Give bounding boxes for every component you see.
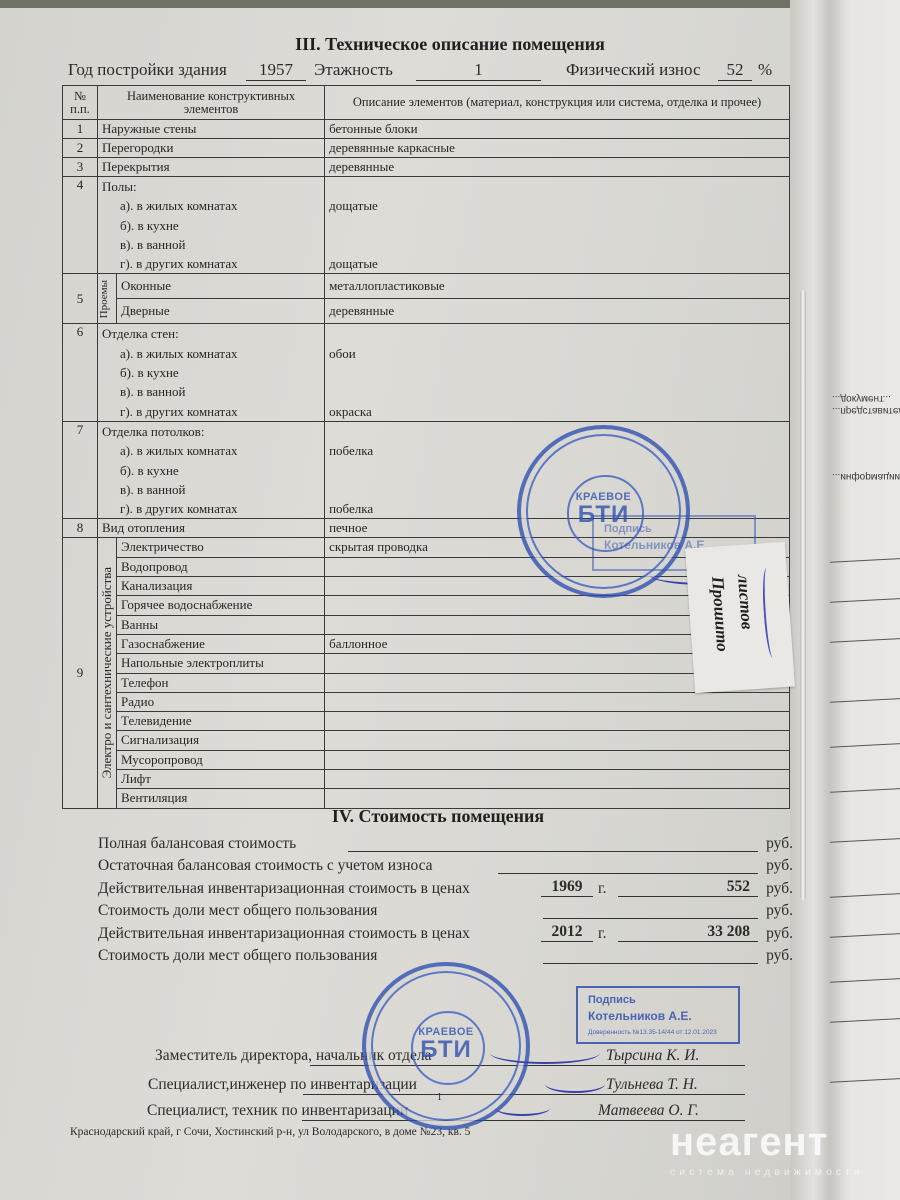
table-row-utility: Напольные электроплиты [63,654,790,673]
currency: руб. [766,835,793,853]
utility-desc [325,692,790,711]
table-row-utility: Сигнализация [63,731,790,750]
row-number: 4 [63,177,98,274]
signature-scribble-1 [490,1042,600,1064]
row-number: 7 [63,421,98,518]
section-3-title: III. Техническое описание помещения [0,34,900,55]
currency: руб. [766,902,793,920]
element-desc: деревянные [325,158,790,177]
floors-value: 1 [416,60,541,81]
table-row-utility: Телефон [63,673,790,692]
currency: руб. [766,947,793,965]
utility-desc [325,770,790,789]
binding-string [800,290,806,900]
sub-label: г). в других комнатах [102,499,320,518]
underlying-document: ...документ... ...представител... ...инф… [828,0,900,1200]
binding-tag: Прошито листов [685,542,795,694]
cost-amount: 552 [618,878,750,896]
group-name: Отделка потолков: [102,422,320,441]
cost-row: Остаточная балансовая стоимость с учетом… [98,855,793,878]
table-row-utility: Мусоропровод [63,750,790,769]
currency: руб. [766,925,793,943]
technical-description-table: № п.п. Наименование конструктивных элеме… [62,85,790,809]
binding-tag-signature [761,568,779,659]
table-row-utility: Ванны [63,615,790,634]
sub-label: г). в других комнатах [102,402,320,421]
element-name: Вид отопления [98,519,325,538]
header-name: Наименование конструктивных элементов [98,86,325,120]
utility-label: Сигнализация [117,731,325,750]
utility-label: Мусоропровод [117,750,325,769]
utility-label: Радио [117,692,325,711]
cost-row: Полная балансовая стоимостьруб. [98,832,793,855]
sub-label: Оконные [117,274,325,299]
cost-amount: 33 208 [618,923,750,941]
row-number: 1 [63,120,98,139]
cost-label: Остаточная балансовая стоимость с учетом… [98,857,433,875]
utility-desc [325,750,790,769]
element-name: Наружные стены [98,120,325,139]
sub-desc [329,216,785,235]
row-number: 8 [63,519,98,538]
sub-label: б). в кухне [102,216,320,235]
utility-label: Ванны [117,615,325,634]
header-desc: Описание элементов (материал, конструкци… [325,86,790,120]
element-name: Перегородки [98,139,325,158]
group-name: Отделка стен: [102,324,320,343]
sub-desc: окраска [329,402,785,421]
element-desc: бетонные блоки [325,120,790,139]
group-label-openings: Проемы [98,280,110,318]
element-desc: деревянные каркасные [325,139,790,158]
row-number: 6 [63,324,98,421]
table-row-utility: Горячее водоснабжение [63,596,790,615]
table-row-utility: Газоснабжениебаллонное [63,634,790,653]
cost-row: Действительная инвентаризационная стоимо… [98,922,793,945]
sub-desc: обои [329,344,785,363]
wear-label: Физический износ [566,60,701,80]
sub-desc [329,363,785,382]
table-row-utility: Телевидение [63,712,790,731]
sub-label: г). в других комнатах [102,254,320,273]
utility-label: Напольные электроплиты [117,654,325,673]
signatory-name: Матвеева О. Г. [598,1102,699,1120]
sub-desc: деревянные [325,299,790,324]
table-row-floors: 4Полы:а). в жилых комнатахб). в кухнев).… [63,177,790,274]
signatory-role: Специалист, техник по инвентаризации [147,1102,408,1120]
table-row: 2Перегородкидеревянные каркасные [63,139,790,158]
year-suffix: г. [598,880,606,898]
build-year-label: Год постройки здания [68,60,227,80]
watermark-logo: неагент [670,1122,864,1162]
row-number: 5 [63,274,98,324]
signatory-name: Тульнева Т. Н. [606,1076,698,1094]
currency: руб. [766,880,793,898]
table-row: 3Перекрытиядеревянные [63,158,790,177]
sub-label: б). в кухне [102,363,320,382]
cost-label: Полная балансовая стоимость [98,835,296,853]
signature-scribble-2 [545,1075,605,1093]
cost-label: Стоимость доли мест общего пользования [98,902,377,920]
sub-label: б). в кухне [102,461,320,480]
binding-tag-text-sheets: листов [733,574,757,630]
table-row-walls_finish: 6Отделка стен:а). в жилых комнатахб). в … [63,324,790,421]
sub-desc: металлопластиковые [325,274,790,299]
table-row-utility: Лифт [63,770,790,789]
utility-label: Телевидение [117,712,325,731]
wear-value: 52 [718,60,752,81]
cost-label: Действительная инвентаризационная стоимо… [98,880,470,898]
cost-year: 2012 [541,923,593,941]
watermark: неагент система недвижимости [670,1122,864,1178]
table-row: 1Наружные стеныбетонные блоки [63,120,790,139]
sub-desc [329,382,785,401]
sub-label: а). в жилых комнатах [102,196,320,215]
utility-label: Горячее водоснабжение [117,596,325,615]
sign-box-attorney: Доверенность №13.35-14/44 от 12.01.2023 [588,1029,728,1036]
cost-section: Полная балансовая стоимостьруб.Остаточна… [98,832,793,967]
header-num: № п.п. [63,86,98,120]
year-suffix: г. [598,925,606,943]
cost-label: Действительная инвентаризационная стоимо… [98,925,470,943]
table-row-openings: 5ПроемыОконныеметаллопластиковые [63,274,790,299]
building-meta: Год постройки здания 1957 Этажность 1 Фи… [68,60,788,82]
utility-label: Водопровод [117,557,325,576]
sign-box-name: Котельников А.Е. [588,1009,728,1023]
sub-desc: дощатые [329,196,785,215]
sub-desc [329,235,785,254]
signature-stamp-box: Подпись Котельников А.Е. Доверенность №1… [576,986,740,1044]
sign-box-title: Подпись [588,994,728,1006]
cost-row: Стоимость доли мест общего пользованияру… [98,900,793,923]
element-name: Перекрытия [98,158,325,177]
utility-label: Электричество [117,538,325,557]
cost-year: 1969 [541,878,593,896]
sub-label: а). в жилых комнатах [102,441,320,460]
row-number: 3 [63,158,98,177]
utility-label: Телефон [117,673,325,692]
sub-label: Дверные [117,299,325,324]
sub-label: в). в ванной [102,235,320,254]
group-name: Полы: [102,177,320,196]
sub-label: в). в ванной [102,480,320,499]
utility-label: Канализация [117,577,325,596]
group-label-utilities: Электро и сантехнические устройства [98,567,116,778]
utility-desc [325,712,790,731]
cost-row: Действительная инвентаризационная стоимо… [98,877,793,900]
cost-label: Стоимость доли мест общего пользования [98,947,377,965]
table-row-openings: Дверныедеревянные [63,299,790,324]
folded-sheet-edge [790,0,830,1200]
signature-scribble-3 [495,1100,550,1116]
row-number: 2 [63,139,98,158]
wear-unit: % [758,60,772,80]
table-row-utility: Радио [63,692,790,711]
property-address: Краснодарский край, г Сочи, Хостинский р… [70,1126,470,1138]
build-year-value: 1957 [246,60,306,81]
currency: руб. [766,857,793,875]
section-4-title: IV. Стоимость помещения [0,806,888,827]
watermark-tagline: система недвижимости [670,1166,864,1178]
signatory-name: Тырсина К. И. [606,1047,699,1065]
row-number: 9 [63,538,98,808]
utility-desc [325,731,790,750]
floors-label: Этажность [314,60,393,80]
utility-label: Лифт [117,770,325,789]
binding-tag-text-sewn: Прошито [707,576,732,653]
sub-label: а). в жилых комнатах [102,344,320,363]
utility-label: Газоснабжение [117,634,325,653]
page-number: 1 [437,1092,442,1103]
sub-desc: дощатые [329,254,785,273]
sub-label: в). в ванной [102,382,320,401]
